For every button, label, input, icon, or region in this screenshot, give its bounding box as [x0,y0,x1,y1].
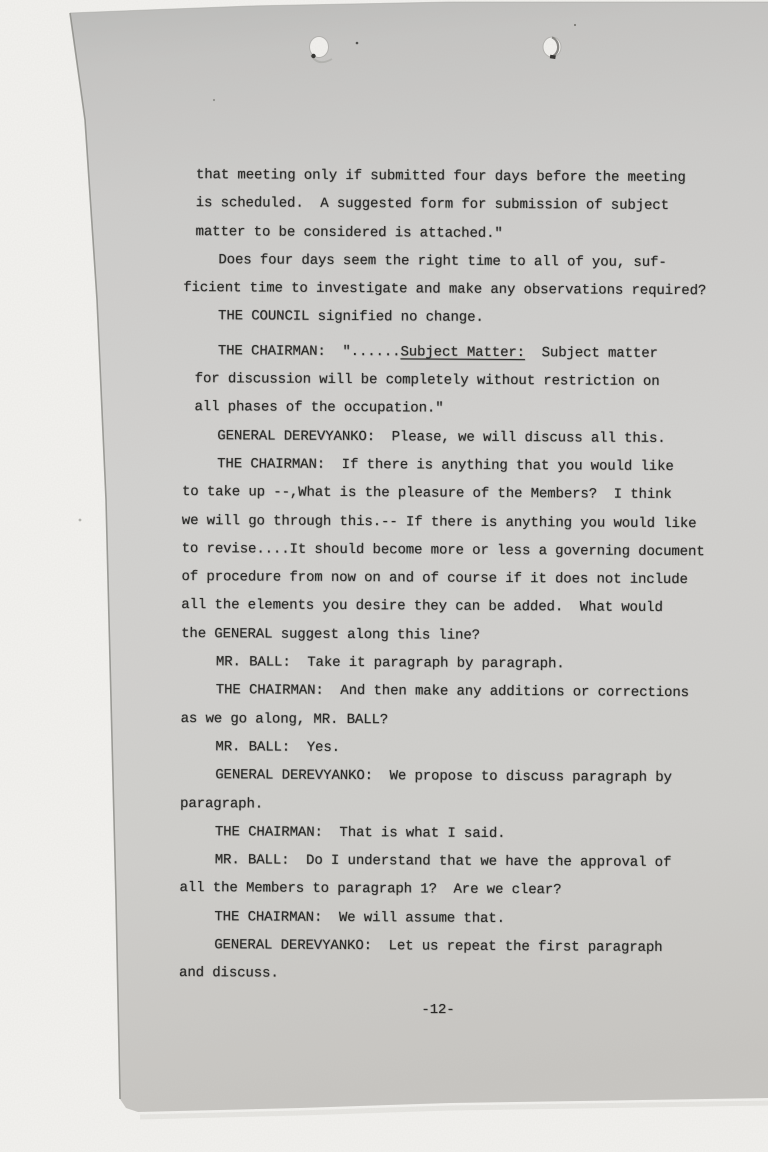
document-text: that meeting only if submitted four days… [0,160,768,991]
line-segment: THE CHAIRMAN: "...... [218,343,401,360]
document-line: THE COUNCIL signified no change. [0,301,767,334]
page-number: -12- [182,996,694,1024]
scanned-document-page: that meeting only if submitted four days… [0,0,768,1152]
document-line: and discuss. [0,958,763,991]
underlined-heading: Subject Matter: [400,344,525,361]
line-segment: Subject matter [525,345,658,362]
